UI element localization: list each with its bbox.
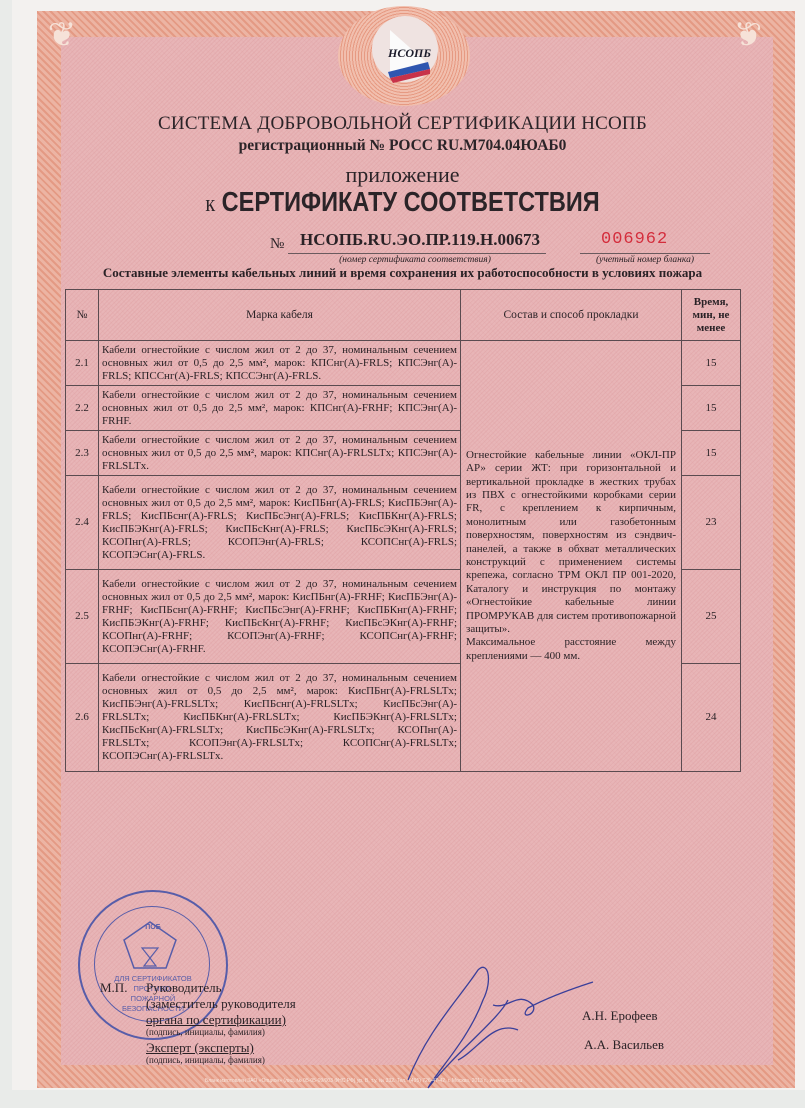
footer-print-info: Бланк изготовлен ЗАО «Опцион» (лиц. № 05…	[205, 1078, 522, 1084]
head-label-2: (заместитель руководителя	[146, 996, 296, 1012]
certificate-title-text: СЕРТИФИКАТУ СООТВЕТСТВИЯ	[222, 186, 600, 217]
header-method: Состав и способ прокладки	[461, 290, 682, 341]
row-time: 23	[682, 476, 741, 570]
row-num: 2.6	[66, 664, 99, 772]
method-note: Максимальное расстояние между креплениям…	[466, 636, 676, 661]
row-brand: Кабели огнестойкие с числом жил от 2 до …	[99, 431, 461, 476]
certificate-number-line	[288, 253, 546, 254]
header-brand: Марка кабеля	[99, 290, 461, 341]
row-num: 2.2	[66, 386, 99, 431]
method-text: Огнестойкие кабельные линии «ОКЛ-ПР АР» …	[466, 449, 676, 635]
corner-ornament-icon: ❦	[728, 16, 768, 56]
row-num: 2.5	[66, 570, 99, 664]
seal-logo-text: ПОБ	[100, 924, 206, 931]
blank-number-line	[580, 253, 710, 254]
head-caption: (подпись, инициалы, фамилия)	[146, 1027, 265, 1037]
appendix-label: приложение	[0, 162, 805, 188]
row-time: 15	[682, 431, 741, 476]
certificate-number: НСОПБ.RU.ЭО.ПР.119.Н.00673	[300, 230, 540, 250]
expert-label: Эксперт (эксперты)	[146, 1040, 254, 1056]
method-cell: Огнестойкие кабельные линии «ОКЛ-ПР АР» …	[461, 341, 682, 772]
row-brand: Кабели огнестойкие с числом жил от 2 до …	[99, 341, 461, 386]
seal-label: М.П.	[100, 980, 127, 996]
certificate-title: к СЕРТИФИКАТУ СООТВЕТСТВИЯ	[64, 186, 740, 218]
table-subtitle: Составные элементы кабельных линий и вре…	[0, 265, 805, 281]
emblem-logo-text: НСОПБ	[388, 46, 431, 61]
blank-number: 006962	[601, 230, 668, 249]
certificate-number-row: № НСОПБ.RU.ЭО.ПР.119.Н.00673 (номер серт…	[0, 230, 805, 270]
certificate-number-caption: (номер сертификата соответствия)	[300, 255, 530, 265]
row-brand: Кабели огнестойкие с числом жил от 2 до …	[99, 664, 461, 772]
blank-number-caption: (учетный номер бланка)	[580, 255, 710, 265]
row-brand: Кабели огнестойкие с числом жил от 2 до …	[99, 386, 461, 431]
system-title: СИСТЕМА ДОБРОВОЛЬНОЙ СЕРТИФИКАЦИИ НСОПБ	[0, 113, 805, 135]
nsopb-emblem: НСОПБ	[338, 6, 470, 106]
header-time: Время, мин, не менее	[682, 290, 741, 341]
cable-table: № Марка кабеля Состав и способ прокладки…	[65, 289, 741, 772]
row-brand: Кабели огнестойкие с числом жил от 2 до …	[99, 570, 461, 664]
table-header-row: № Марка кабеля Состав и способ прокладки…	[66, 290, 741, 341]
corner-ornament-icon: ❦	[42, 16, 82, 56]
row-time: 15	[682, 341, 741, 386]
expert-caption: (подпись, инициалы, фамилия)	[146, 1055, 265, 1065]
row-time: 25	[682, 570, 741, 664]
row-num: 2.4	[66, 476, 99, 570]
to-word: к	[205, 191, 215, 217]
registration-number: регистрационный № РОСС RU.М704.04ЮАБ0	[0, 137, 805, 155]
number-sign: №	[270, 236, 284, 253]
row-num: 2.3	[66, 431, 99, 476]
head-label-3: органа по сертификации)	[146, 1012, 286, 1028]
table-row: 2.1 Кабели огнестойкие с числом жил от 2…	[66, 341, 741, 386]
row-time: 15	[682, 386, 741, 431]
header-num: №	[66, 290, 99, 341]
row-brand: Кабели огнестойкие с числом жил от 2 до …	[99, 476, 461, 570]
row-time: 24	[682, 664, 741, 772]
row-num: 2.1	[66, 341, 99, 386]
head-label-1: Руководитель	[146, 980, 222, 996]
